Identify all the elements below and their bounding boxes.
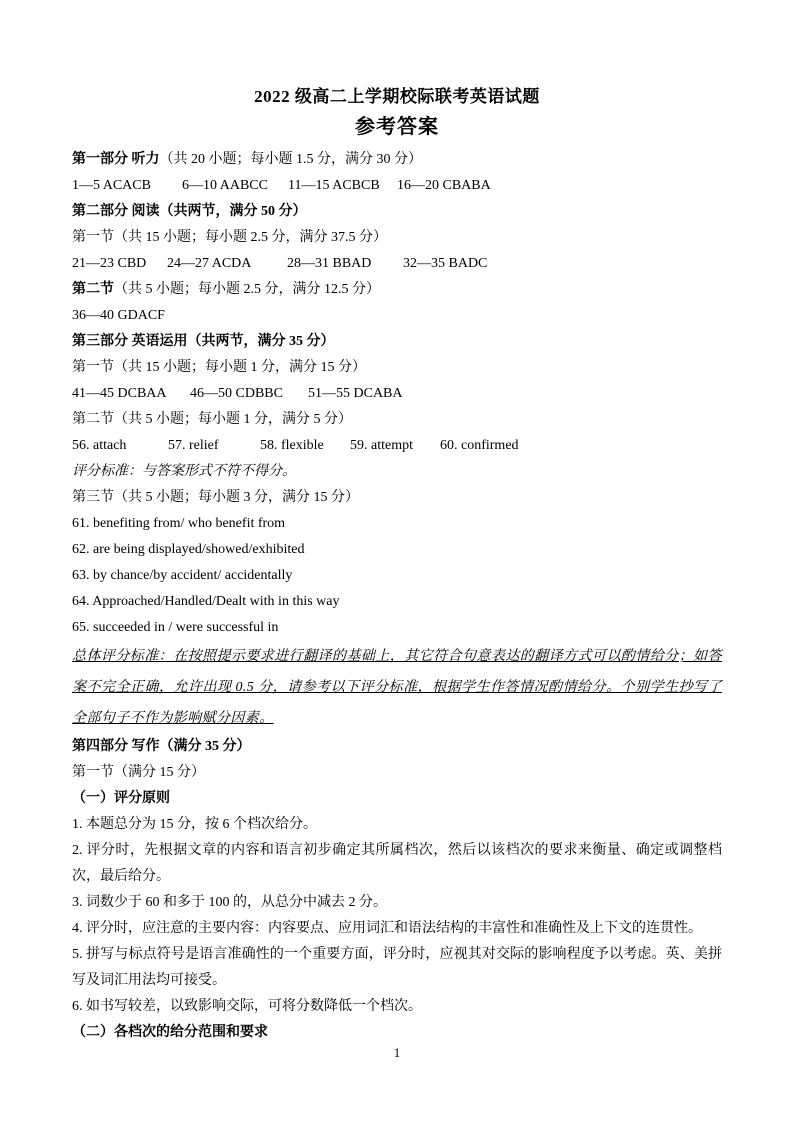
part2-section2-heading: 第二节（共 5 小题；每小题 2.5 分，满分 12.5 分） — [72, 277, 722, 303]
reading-answers-row: 21—23 CBD24—27 ACDA28—31 BBAD32—35 BADC — [72, 251, 722, 277]
doc-title: 2022 级高二上学期校际联考英语试题 — [72, 82, 722, 111]
part3-section3-heading: 第三节（共 5 小题；每小题 3 分，满分 15 分） — [72, 485, 722, 511]
part2-heading: 第二部分 阅读（共两节，满分 50 分） — [72, 199, 722, 225]
answer-item: 59. attempt — [350, 433, 440, 459]
part1-heading-rest: （共 20 小题；每小题 1.5 分，满分 30 分） — [160, 152, 423, 167]
part1-heading-bold: 第一部分 听力 — [72, 152, 160, 167]
principle-item: 5. 拼写与标点符号是语言准确性的一个重要方面，评分时，应视其对交际的影响程度予… — [72, 942, 722, 994]
page-number: 1 — [0, 1045, 794, 1061]
translation-answer: 65. succeeded in / were successful in — [72, 615, 722, 641]
part4-heading: 第四部分 写作（满分 35 分） — [72, 734, 722, 760]
answer-range: 11—15 ACBCB — [288, 173, 397, 199]
translation-answer: 63. by chance/by accident/ accidentally — [72, 563, 722, 589]
part2-section1-heading: 第一节（共 15 小题；每小题 2.5 分，满分 37.5 分） — [72, 225, 722, 251]
part3-heading: 第三部分 英语运用（共两节，满分 35 分） — [72, 329, 722, 355]
principle-item: 4. 评分时，应注意的主要内容：内容要点、应用词汇和语法结构的丰富性和准确性及上… — [72, 916, 722, 942]
doc-subtitle: 参考答案 — [72, 111, 722, 143]
answer-range: 28—31 BBAD — [287, 251, 403, 277]
answer-range: 16—20 CBABA — [397, 173, 491, 199]
part2-section2-heading-bold: 第二节 — [72, 282, 114, 297]
answer-range: 32—35 BADC — [403, 251, 487, 277]
answer-range: 21—23 CBD — [72, 251, 167, 277]
answer-range: 41—45 DCBAA — [72, 381, 190, 407]
answer-item: 56. attach — [72, 433, 168, 459]
document-page: 2022 级高二上学期校际联考英语试题 参考答案 第一部分 听力（共 20 小题… — [0, 0, 794, 1123]
overall-grading-note: 总体评分标准：在按照提示要求进行翻译的基础上，其它符合句意表达的翻译方式可以酌情… — [72, 641, 722, 734]
translation-answer: 64. Approached/Handled/Dealt with in thi… — [72, 589, 722, 615]
answer-range: 6—10 AABCC — [182, 173, 288, 199]
answer-range: 51—55 DCABA — [308, 381, 403, 407]
principle-item: 6. 如书写较差，以致影响交际，可将分数降低一个档次。 — [72, 994, 722, 1020]
part3-section1-heading: 第一节（共 15 小题；每小题 1 分，满分 15 分） — [72, 355, 722, 381]
document-content: 2022 级高二上学期校际联考英语试题 参考答案 第一部分 听力（共 20 小题… — [72, 82, 722, 1046]
answer-item: 58. flexible — [260, 433, 350, 459]
answer-item: 60. confirmed — [440, 433, 519, 459]
seven-choose-five-answers: 36—40 GDACF — [72, 303, 722, 329]
answer-range: 46—50 CDBBC — [190, 381, 308, 407]
word-fill-answers-row: 56. attach57. relief58. flexible59. atte… — [72, 433, 722, 459]
answer-item: 57. relief — [168, 433, 260, 459]
part2-section2-heading-rest: （共 5 小题；每小题 2.5 分，满分 12.5 分） — [114, 282, 380, 297]
listening-answers-row: 1—5 ACACB6—10 AABCC11—15 ACBCB16—20 CBAB… — [72, 173, 722, 199]
principles-heading: （一）评分原则 — [72, 786, 722, 812]
part1-heading: 第一部分 听力（共 20 小题；每小题 1.5 分，满分 30 分） — [72, 147, 722, 173]
part4-section1-heading: 第一节（满分 15 分） — [72, 760, 722, 786]
principle-item: 2. 评分时，先根据文章的内容和语言初步确定其所属档次，然后以该档次的要求来衡量… — [72, 838, 722, 890]
grading-note: 评分标准：与答案形式不符不得分。 — [72, 459, 722, 485]
part3-section2-heading: 第二节（共 5 小题；每小题 1 分，满分 5 分） — [72, 407, 722, 433]
principle-item: 3. 词数少于 60 和多于 100 的，从总分中减去 2 分。 — [72, 890, 722, 916]
translation-answer: 62. are being displayed/showed/exhibited — [72, 537, 722, 563]
cloze-answers-row: 41—45 DCBAA46—50 CDBBC51—55 DCABA — [72, 381, 722, 407]
bands-heading: （二）各档次的给分范围和要求 — [72, 1020, 722, 1046]
translation-answer: 61. benefiting from/ who benefit from — [72, 511, 722, 537]
answer-range: 24—27 ACDA — [167, 251, 287, 277]
principle-item: 1. 本题总分为 15 分，按 6 个档次给分。 — [72, 812, 722, 838]
answer-range: 1—5 ACACB — [72, 173, 182, 199]
